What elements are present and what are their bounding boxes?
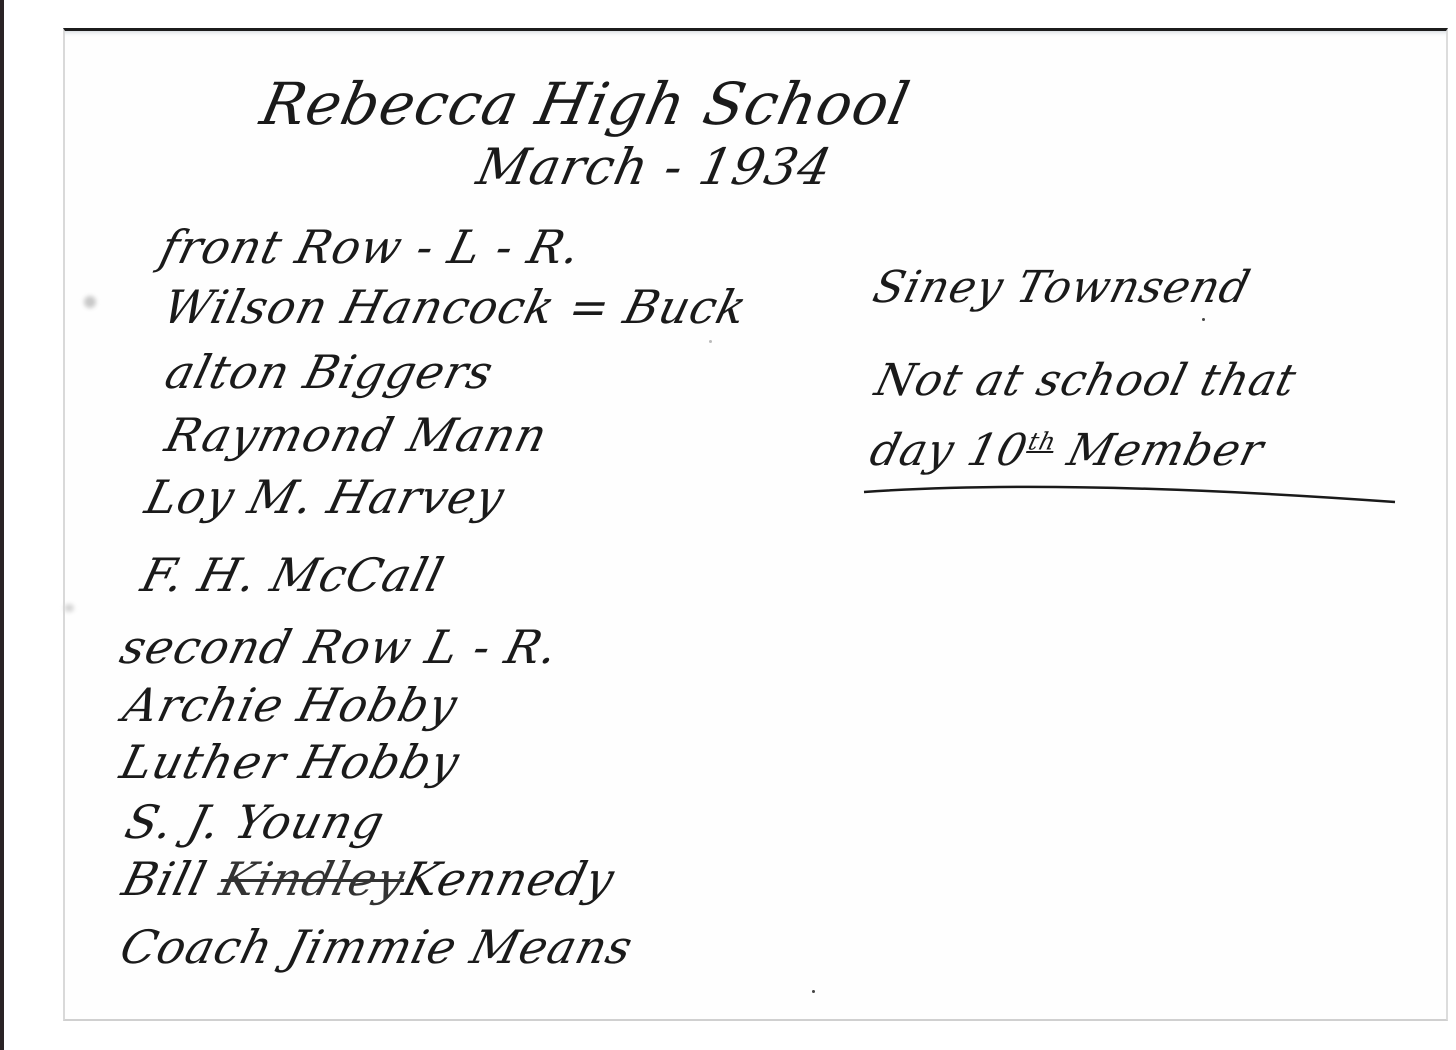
absent-member-name: Siney Townsend [868,262,1256,313]
roster-name: Wilson Hancock = Buck [158,280,753,334]
document-date: March - 1934 [472,138,837,196]
roster-name: Coach Jimmie Means [115,920,639,974]
roster-name: S. J. Young [120,795,390,849]
front-row-heading: front Row - L - R. [155,220,587,274]
roster-name-corrected: Bill KindleyKennedy [117,852,620,906]
second-row-heading: second Row L - R. [115,620,564,674]
roster-name: F. H. McCall [136,548,450,602]
smudge-mark [84,296,96,308]
note-day-text: day 10 [865,425,1033,476]
note-member-text: Member [1047,425,1269,476]
smudge-mark [64,604,74,612]
absent-note-line1: Not at school that [870,355,1302,406]
scanner-edge [0,0,4,1050]
first-name: Bill [117,852,212,906]
ink-speck [1202,318,1205,321]
absent-note-line2: day 10th Member [865,425,1269,476]
struck-out-name: Kindley [215,852,412,906]
roster-name: Archie Hobby [118,678,463,732]
roster-name: Luther Hobby [115,735,465,789]
note-underline [862,480,1397,510]
roster-name: Loy M. Harvey [140,470,510,524]
roster-name: alton Biggers [160,345,499,399]
ink-speck [709,340,712,343]
roster-name: Raymond Mann [160,408,553,462]
document-title: Rebecca High School [255,70,916,138]
corrected-name: Kennedy [398,852,621,906]
ink-speck [812,990,815,993]
